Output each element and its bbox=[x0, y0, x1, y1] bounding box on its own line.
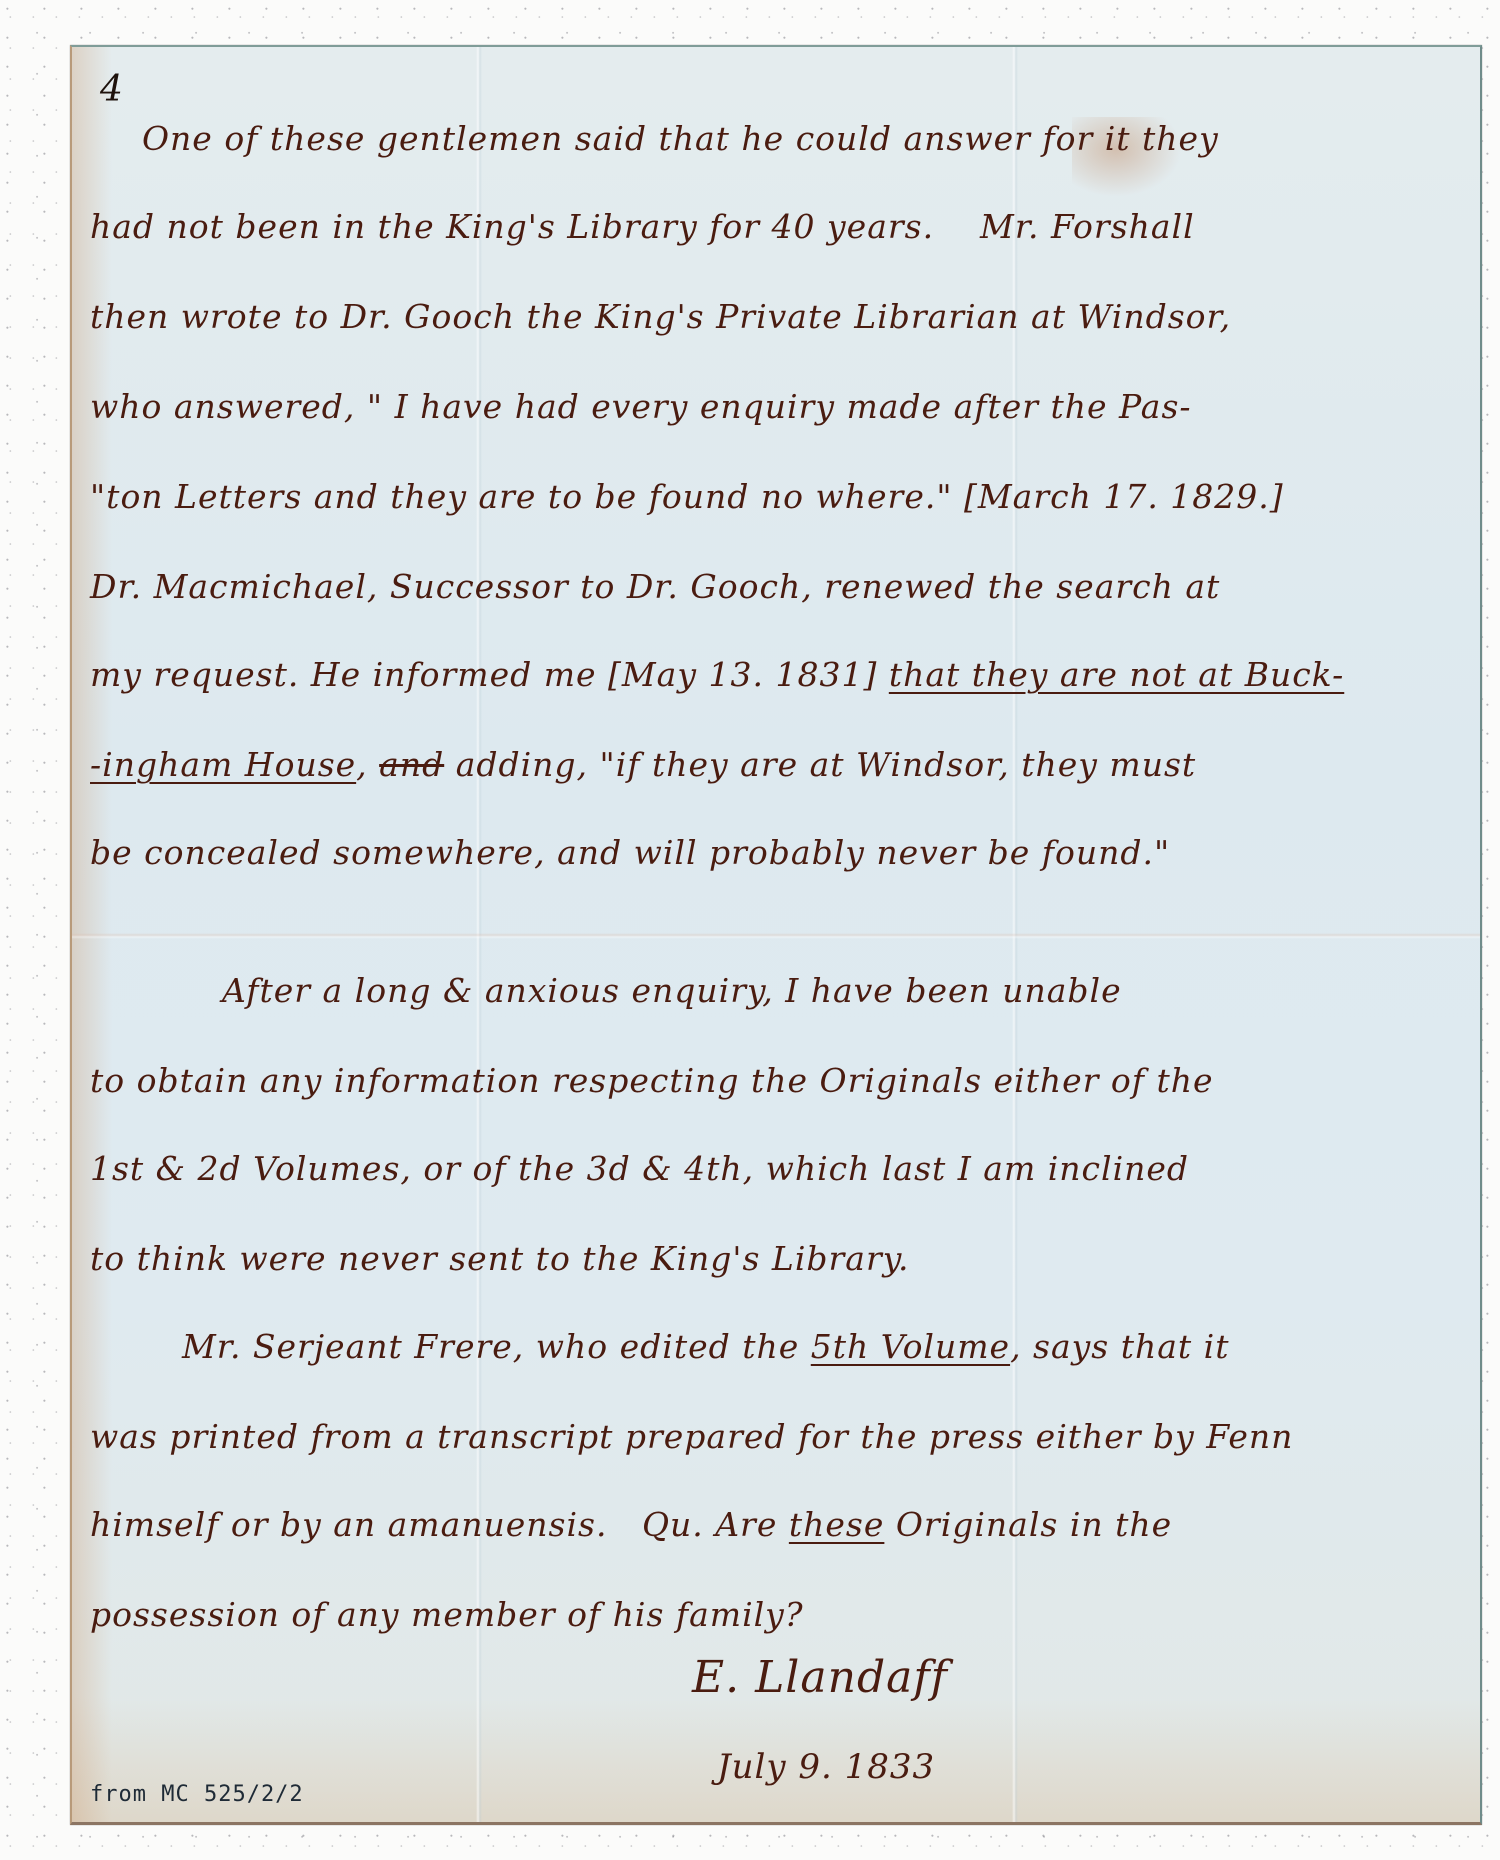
line-text: , bbox=[356, 745, 379, 784]
line-text: 1st & 2d Volumes, or of the 3d & 4th, wh… bbox=[90, 1149, 1189, 1188]
archive-reference-stamp: from MC 525/2/2 bbox=[90, 1782, 304, 1807]
letter-page: 4 One of these gentlemen said that he co… bbox=[70, 45, 1482, 1825]
letter-line: be concealed somewhere, and will probabl… bbox=[90, 833, 1170, 873]
letter-line: 1st & 2d Volumes, or of the 3d & 4th, wh… bbox=[90, 1149, 1189, 1189]
underlined-text: -ingham House bbox=[90, 745, 356, 784]
page-number: 4 bbox=[100, 69, 124, 110]
line-text: himself or by an amanuensis. Qu. Are bbox=[90, 1505, 789, 1544]
underlined-text: that they are not at Buck- bbox=[889, 655, 1344, 694]
line-text: One of these gentlemen said that he coul… bbox=[142, 119, 1219, 158]
line-text: was printed from a transcript prepared f… bbox=[90, 1417, 1293, 1456]
letter-line: my request. He informed me [May 13. 1831… bbox=[90, 655, 1344, 695]
letter-line: "ton Letters and they are to be found no… bbox=[90, 477, 1284, 517]
line-text: who answered, " I have had every enquiry… bbox=[90, 387, 1192, 426]
underlined-text: 5th Volume bbox=[811, 1327, 1010, 1366]
line-text: "ton Letters and they are to be found no… bbox=[90, 477, 1284, 516]
line-text: Originals in the bbox=[884, 1505, 1172, 1544]
line-text: Dr. Macmichael, Successor to Dr. Gooch, … bbox=[90, 567, 1220, 606]
fold-crease-horizontal bbox=[72, 933, 1480, 939]
line-text: my request. He informed me [May 13. 1831… bbox=[90, 655, 889, 694]
letter-line: to think were never sent to the King's L… bbox=[90, 1239, 910, 1279]
underlined-text: these bbox=[789, 1505, 885, 1544]
letter-line: possession of any member of his family? bbox=[90, 1595, 804, 1635]
line-text: After a long & anxious enquiry, I have b… bbox=[222, 971, 1122, 1010]
line-text: to think were never sent to the King's L… bbox=[90, 1239, 910, 1278]
line-text: to obtain any information respecting the… bbox=[90, 1061, 1214, 1100]
letter-line: One of these gentlemen said that he coul… bbox=[142, 119, 1219, 159]
letter-line: Mr. Serjeant Frere, who edited the 5th V… bbox=[182, 1327, 1230, 1367]
line-text: , says that it bbox=[1010, 1327, 1229, 1366]
line-text: Mr. Serjeant Frere, who edited the bbox=[182, 1327, 811, 1366]
letter-line: then wrote to Dr. Gooch the King's Priva… bbox=[90, 297, 1231, 337]
letter-line: to obtain any information respecting the… bbox=[90, 1061, 1214, 1101]
letter-line: Dr. Macmichael, Successor to Dr. Gooch, … bbox=[90, 567, 1220, 607]
letter-line: had not been in the King's Library for 4… bbox=[90, 207, 1195, 247]
line-text: then wrote to Dr. Gooch the King's Priva… bbox=[90, 297, 1231, 336]
signature-date: July 9. 1833 bbox=[717, 1747, 935, 1787]
line-text: had not been in the King's Library for 4… bbox=[90, 207, 1195, 246]
line-text: adding, "if they are at Windsor, they mu… bbox=[444, 745, 1196, 784]
line-text: possession of any member of his family? bbox=[90, 1595, 804, 1634]
letter-line: himself or by an amanuensis. Qu. Are the… bbox=[90, 1505, 1172, 1545]
letter-line: After a long & anxious enquiry, I have b… bbox=[222, 971, 1122, 1011]
letter-line: was printed from a transcript prepared f… bbox=[90, 1417, 1293, 1457]
letter-line: -ingham House, and adding, "if they are … bbox=[90, 745, 1196, 785]
letter-line: who answered, " I have had every enquiry… bbox=[90, 387, 1192, 427]
signature: E. Llandaff bbox=[692, 1652, 948, 1703]
struck-out-text: and bbox=[379, 745, 444, 784]
line-text: be concealed somewhere, and will probabl… bbox=[90, 833, 1170, 872]
